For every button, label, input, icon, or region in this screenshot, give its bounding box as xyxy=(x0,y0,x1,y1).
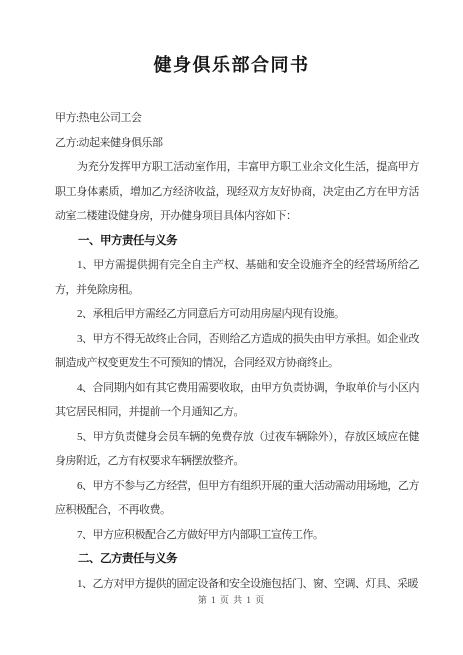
document-body: 甲方:热电公司工会 乙方:动起来健身俱乐部 为充分发挥甲方职工活动室作用，丰富甲… xyxy=(55,106,419,596)
page-number: 第 1 页 共 1 页 xyxy=(0,593,463,606)
intro-paragraph: 为充分发挥甲方职工活动室作用，丰富甲方职工业余文化生活，提高甲方职工身体素质，增… xyxy=(55,155,419,229)
document-page: 健身俱乐部合同书 甲方:热电公司工会 乙方:动起来健身俱乐部 为充分发挥甲方职工… xyxy=(0,0,463,655)
party-b-line: 乙方:动起来健身俱乐部 xyxy=(55,131,419,156)
section1-clause-7: 7、甲方应积极配合乙方做好甲方内部职工宣传工作。 xyxy=(55,523,419,548)
section1-clause-4: 4、合同期内如有其它费用需要收取，由甲方负责协调，争取单价与小区内其它居民相同，… xyxy=(55,376,419,425)
section1-clause-2: 2、承租后甲方需经乙方同意后方可动用房屋内现有设施。 xyxy=(55,302,419,327)
section1-clause-6: 6、甲方不参与乙方经营，但甲方有组织开展的重大活动需动用场地，乙方应积极配合，不… xyxy=(55,474,419,523)
section-2-heading: 二、乙方责任与义务 xyxy=(55,547,419,572)
section-1-heading: 一、甲方责任与义务 xyxy=(55,229,419,254)
section1-clause-1: 1、甲方需提供拥有完全自主产权、基础和安全设施齐全的经营场所给乙方，并免除房租。 xyxy=(55,253,419,302)
section1-clause-5: 5、甲方负责健身会员车辆的免费存放（过夜车辆除外），存放区域应在健身房附近，乙方… xyxy=(55,425,419,474)
party-a-line: 甲方:热电公司工会 xyxy=(55,106,419,131)
section1-clause-3: 3、甲方不得无故终止合同，否则给乙方造成的损失由甲方承担。如企业改制造成产权变更… xyxy=(55,327,419,376)
page-title: 健身俱乐部合同书 xyxy=(0,52,463,78)
